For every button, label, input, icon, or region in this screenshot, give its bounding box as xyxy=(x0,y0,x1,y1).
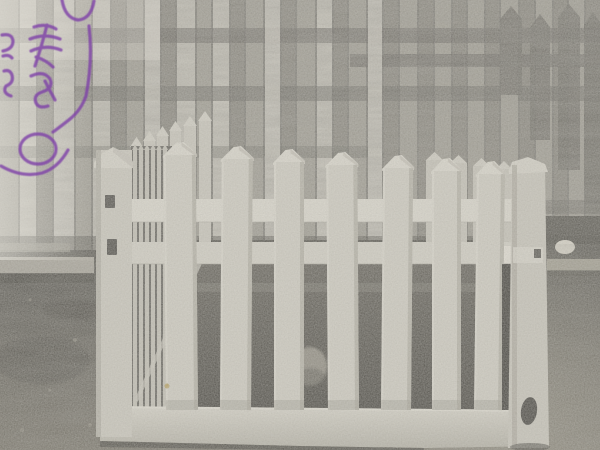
photo xyxy=(0,0,600,450)
photo-print xyxy=(0,0,600,450)
top-left-wash xyxy=(0,0,160,60)
